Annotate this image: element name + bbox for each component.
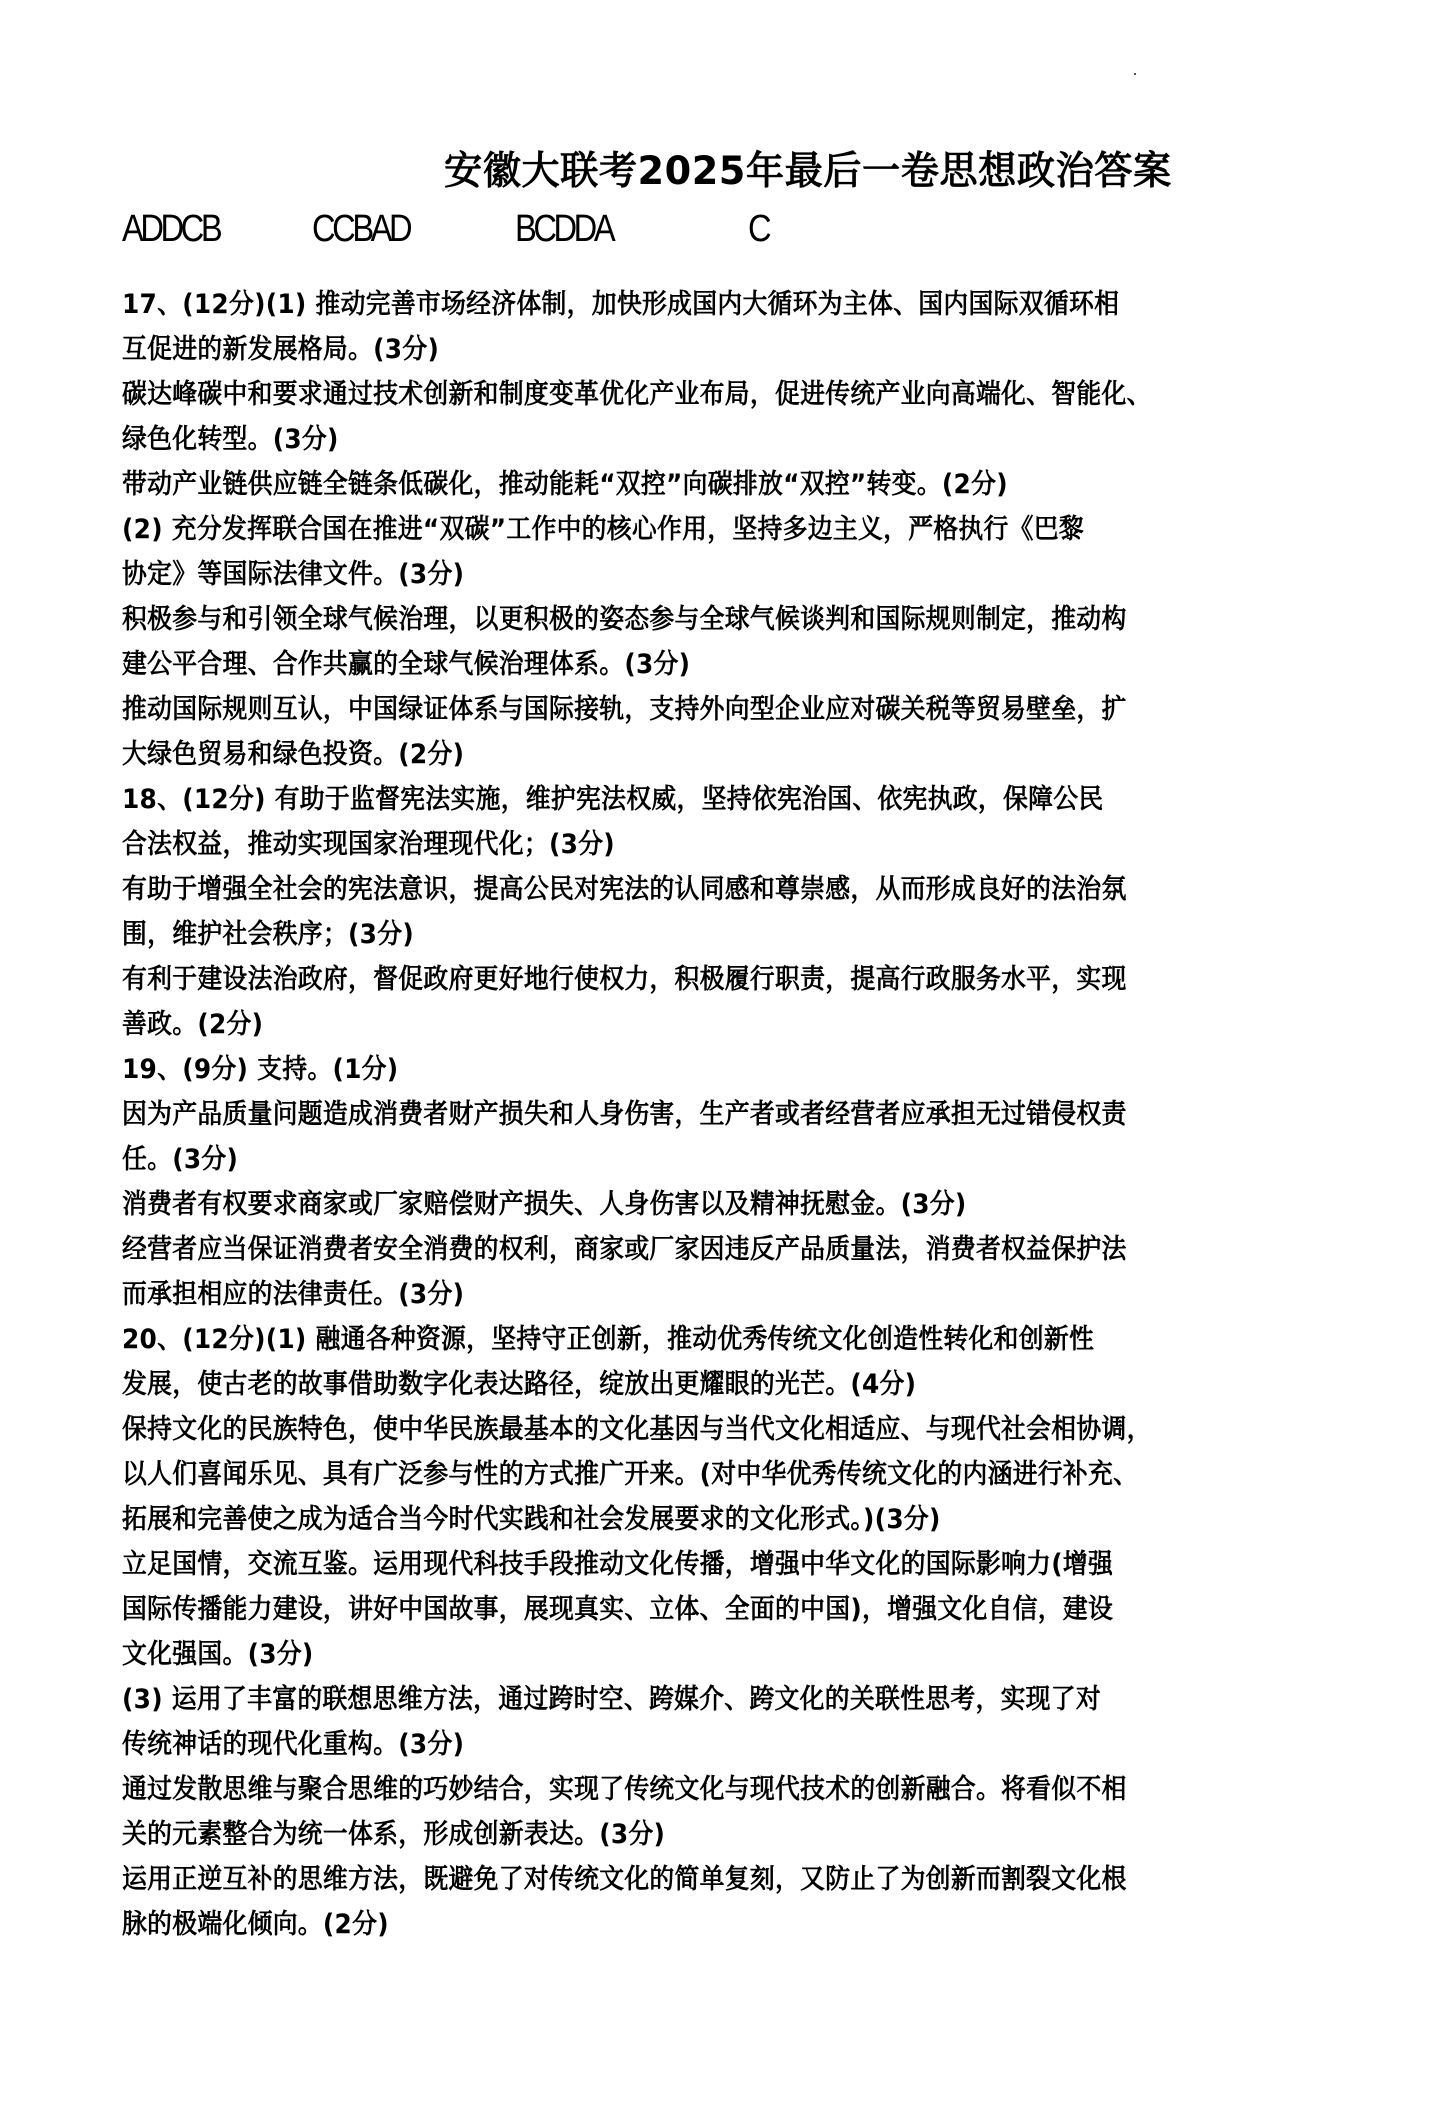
answer-body: 17、(12分)(1) 推动完善市场经济体制，加快形成国内大循环为主体、国内国际… xyxy=(122,282,1322,1947)
q20-line: 拓展和完善使之成为适合当今时代实践和社会发展要求的文化形式。)(3分) xyxy=(122,1497,1226,1542)
q17-line: 协定》等国际法律文件。(3分) xyxy=(122,552,1226,597)
q19-line: 而承担相应的法律责任。(3分) xyxy=(122,1272,1226,1317)
choice-answers-11-15: BCDDA xyxy=(515,208,612,251)
q17-line: 建公平合理、合作共赢的全球气候治理体系。(3分) xyxy=(122,642,1226,687)
q17-line: 互促进的新发展格局。(3分) xyxy=(122,327,1226,372)
choice-answers-6-10: CCBAD xyxy=(312,208,409,251)
q20-line: 通过发散思维与聚合思维的巧妙结合，实现了传统文化与现代技术的创新融合。将看似不相 xyxy=(122,1767,1226,1812)
q20-line: 发展，使古老的故事借助数字化表达路径，绽放出更耀眼的光芒。(4分) xyxy=(122,1362,1226,1407)
choice-answers-1-5: ADDCB xyxy=(122,208,219,251)
q20-line: 立足国情，交流互鉴。运用现代科技手段推动文化传播，增强中华文化的国际影响力(增强 xyxy=(122,1542,1226,1587)
q18-line: 善政。(2分) xyxy=(122,1002,1226,1047)
q20-line: 20、(12分)(1) 融通各种资源，坚持守正创新，推动优秀传统文化创造性转化和… xyxy=(122,1317,1226,1362)
q18-line: 围，维护社会秩序；(3分) xyxy=(122,912,1226,957)
document-title: 安徽大联考2025年最后一卷思想政治答案 xyxy=(444,140,1172,196)
q17-line: 大绿色贸易和绿色投资。(2分) xyxy=(122,732,1226,777)
q20-line: 脉的极端化倾向。(2分) xyxy=(122,1902,1226,1947)
q20-line: 文化强国。(3分) xyxy=(122,1632,1226,1677)
q17-line: (2) 充分发挥联合国在推进“双碳”工作中的核心作用，坚持多边主义，严格执行《巴… xyxy=(122,507,1226,552)
q19-line: 因为产品质量问题造成消费者财产损失和人身伤害，生产者或者经营者应承担无过错侵权责 xyxy=(122,1092,1226,1137)
q19-line: 任。(3分) xyxy=(122,1137,1226,1182)
q20-line: 保持文化的民族特色，使中华民族最基本的文化基因与当代文化相适应、与现代社会相协调… xyxy=(122,1407,1226,1452)
q18-line: 18、(12分) 有助于监督宪法实施，维护宪法权威，坚持依宪治国、依宪执政，保障… xyxy=(122,777,1226,822)
q18-line: 有利于建设法治政府，督促政府更好地行使权力，积极履行职责，提高行政服务水平，实现 xyxy=(122,957,1226,1002)
q17-line: 推动国际规则互认，中国绿证体系与国际接轨，支持外向型企业应对碳关税等贸易壁垒，扩 xyxy=(122,687,1226,732)
q20-line: 国际传播能力建设，讲好中国故事，展现真实、立体、全面的中国)，增强文化自信，建设 xyxy=(122,1587,1226,1632)
q17-line: 17、(12分)(1) 推动完善市场经济体制，加快形成国内大循环为主体、国内国际… xyxy=(122,282,1226,327)
q20-line: 以人们喜闻乐见、具有广泛参与性的方式推广开来。(对中华优秀传统文化的内涵进行补充… xyxy=(122,1452,1226,1497)
q19-line: 消费者有权要求商家或厂家赔偿财产损失、人身伤害以及精神抚慰金。(3分) xyxy=(122,1182,1226,1227)
q20-line: 运用正逆互补的思维方法，既避免了对传统文化的简单复刻，又防止了为创新而割裂文化根 xyxy=(122,1857,1226,1902)
q20-line: (3) 运用了丰富的联想思维方法，通过跨时空、跨媒介、跨文化的关联性思考，实现了… xyxy=(122,1677,1226,1722)
q17-line: 碳达峰碳中和要求通过技术创新和制度变革优化产业布局，促进传统产业向高端化、智能化… xyxy=(122,372,1226,417)
answer-sheet-page: 安徽大联考2025年最后一卷思想政治答案 ADDCB CCBAD BCDDA C… xyxy=(0,0,1430,2106)
q20-line: 传统神话的现代化重构。(3分) xyxy=(122,1722,1226,1767)
q20-line: 关的元素整合为统一体系，形成创新表达。(3分) xyxy=(122,1812,1226,1857)
scan-speck xyxy=(1134,73,1136,75)
q18-line: 有助于增强全社会的宪法意识，提高公民对宪法的认同感和尊崇感，从而形成良好的法治氛 xyxy=(122,867,1226,912)
q19-line: 经营者应当保证消费者安全消费的权利，商家或厂家因违反产品质量法，消费者权益保护法 xyxy=(122,1227,1226,1272)
q17-line: 绿色化转型。(3分) xyxy=(122,417,1226,462)
q19-line: 19、(9分) 支持。(1分) xyxy=(122,1047,1226,1092)
choice-answer-16: C xyxy=(748,208,768,251)
q17-line: 带动产业链供应链全链条低碳化，推动能耗“双控”向碳排放“双控”转变。(2分) xyxy=(122,462,1226,507)
q18-line: 合法权益，推动实现国家治理现代化；(3分) xyxy=(122,822,1226,867)
q17-line: 积极参与和引领全球气候治理，以更积极的姿态参与全球气候谈判和国际规则制定，推动构 xyxy=(122,597,1226,642)
